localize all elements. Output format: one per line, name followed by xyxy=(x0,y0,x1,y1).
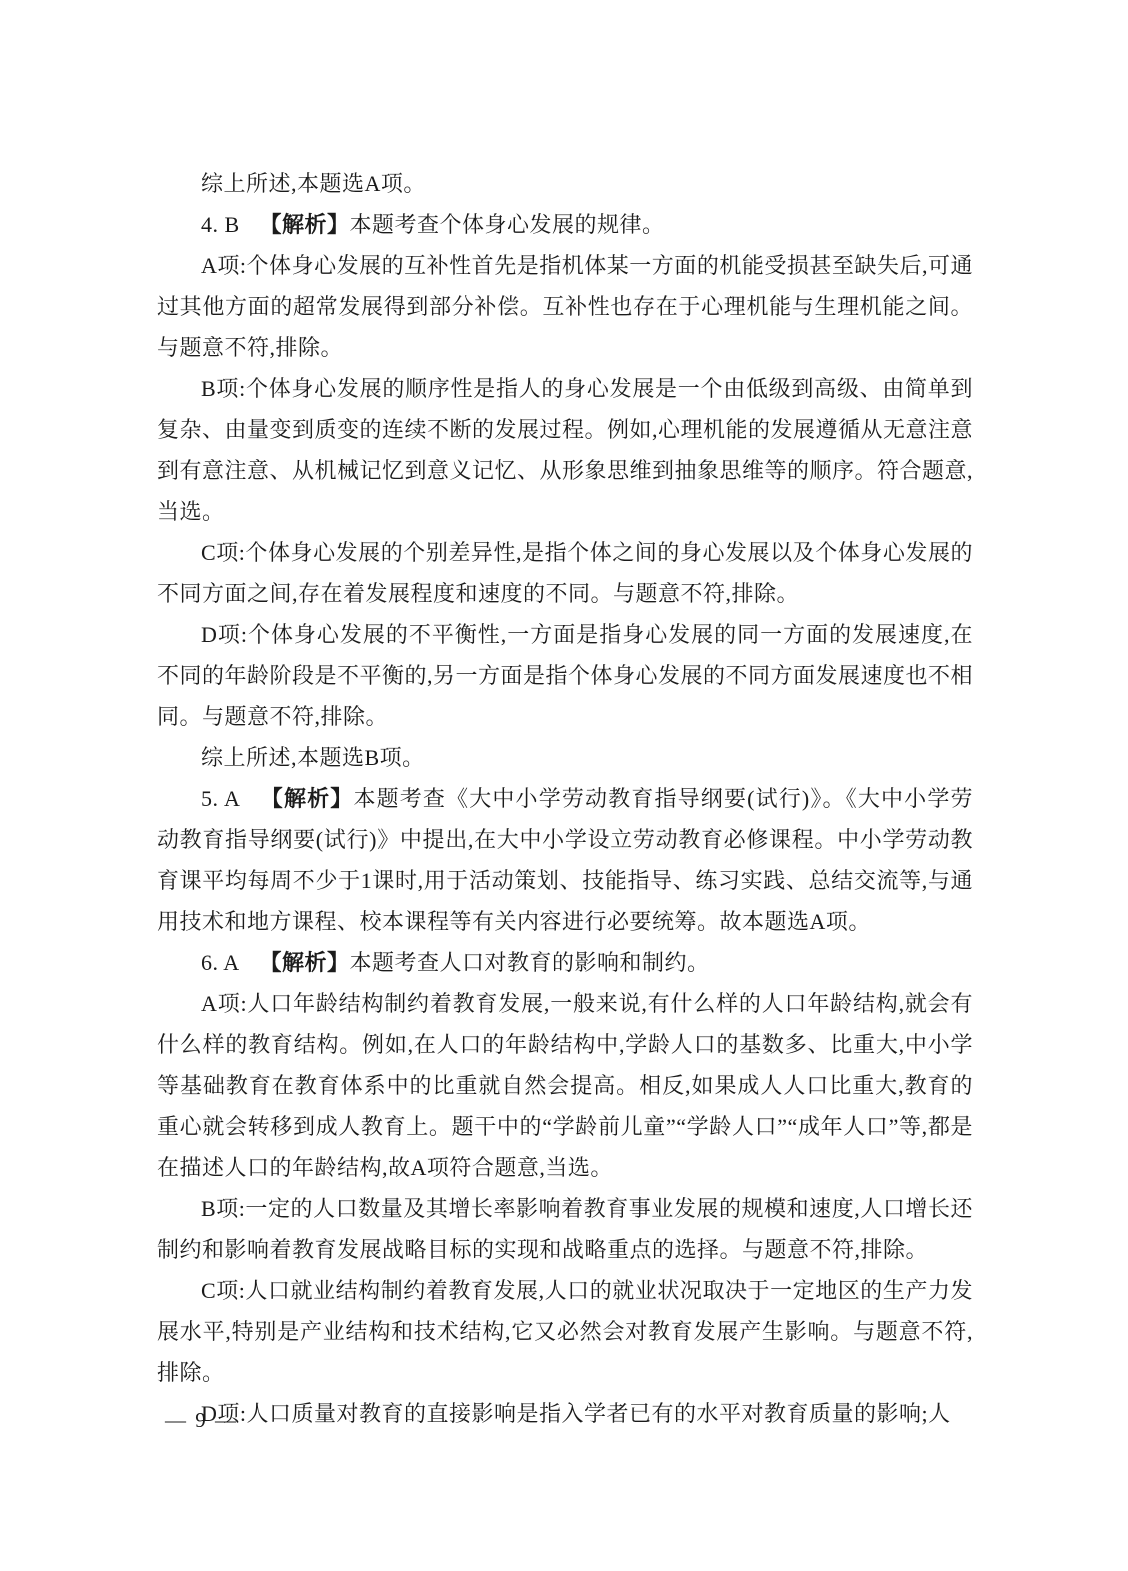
paragraph-answer-q5: 5. A【解析】本题考查《大中小学劳动教育指导纲要(试行)》。《大中小学劳动教育… xyxy=(157,778,973,942)
paragraph-conclusion-q3: 综上所述,本题选A项。 xyxy=(157,163,973,204)
analysis-label-q4: 【解析】 xyxy=(259,212,349,237)
answer-number-q6: 6. A xyxy=(201,950,240,975)
answer-number-q4: 4. B xyxy=(201,212,240,237)
paragraph-answer-q4: 4. B【解析】本题考查个体身心发展的规律。 xyxy=(157,204,973,245)
paragraph-q4-option-b: B项:个体身心发展的顺序性是指人的身心发展是一个由低级到高级、由简单到复杂、由量… xyxy=(157,368,973,532)
answer-number-q5: 5. A xyxy=(201,786,240,811)
analysis-label-q6: 【解析】 xyxy=(259,950,349,975)
analysis-text-q4: 本题考查个体身心发展的规律。 xyxy=(350,212,665,237)
analysis-label-q5: 【解析】 xyxy=(260,786,353,811)
analysis-text-q6: 本题考查人口对教育的影响和制约。 xyxy=(350,950,710,975)
paragraph-q4-option-d: D项:个体身心发展的不平衡性,一方面是指身心发展的同一方面的发展速度,在不同的年… xyxy=(157,614,973,737)
paragraph-conclusion-q4: 综上所述,本题选B项。 xyxy=(157,737,973,778)
paragraph-q6-option-b: B项:一定的人口数量及其增长率影响着教育事业发展的规模和速度,人口增长还制约和影… xyxy=(157,1188,973,1270)
paragraph-q6-option-c: C项:人口就业结构制约着教育发展,人口的就业状况取决于一定地区的生产力发展水平,… xyxy=(157,1270,973,1393)
page-number: — 9 — xyxy=(157,1408,238,1432)
page-footer: — 9 — xyxy=(157,1405,973,1435)
paragraph-q4-option-c: C项:个体身心发展的个别差异性,是指个体之间的身心发展以及个体身心发展的不同方面… xyxy=(157,532,973,614)
paragraph-q4-option-a: A项:个体身心发展的互补性首先是指机体某一方面的机能受损甚至缺失后,可通过其他方… xyxy=(157,245,973,368)
answer-explanation-text: 综上所述,本题选A项。 4. B【解析】本题考查个体身心发展的规律。 A项:个体… xyxy=(157,163,973,1434)
paragraph-answer-q6: 6. A【解析】本题考查人口对教育的影响和制约。 xyxy=(157,942,973,983)
document-page: 综上所述,本题选A项。 4. B【解析】本题考查个体身心发展的规律。 A项:个体… xyxy=(0,0,1128,1571)
paragraph-q6-option-a: A项:人口年龄结构制约着教育发展,一般来说,有什么样的人口年龄结构,就会有什么样… xyxy=(157,983,973,1188)
